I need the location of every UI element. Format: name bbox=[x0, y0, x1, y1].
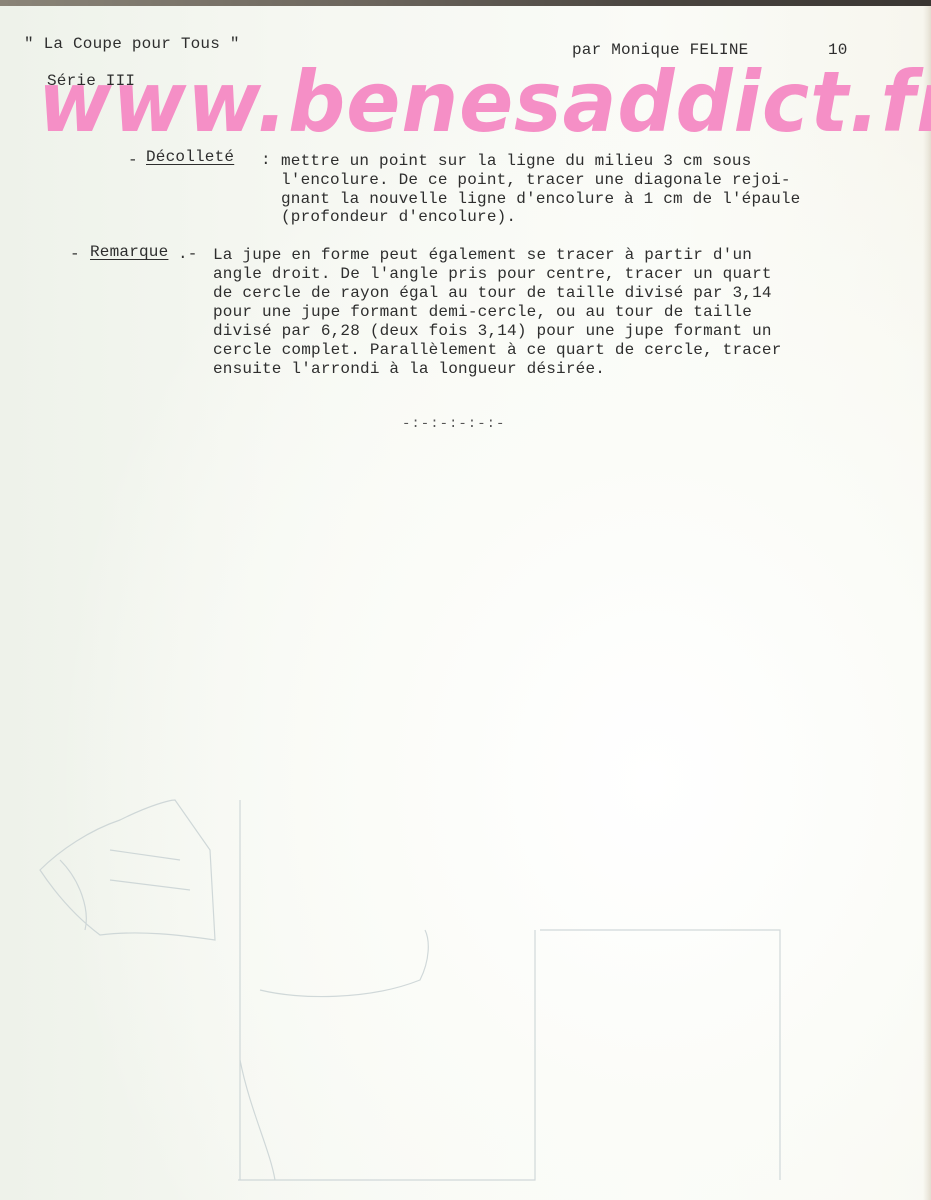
section-dash: - bbox=[128, 151, 138, 170]
section-label: Remarque bbox=[90, 243, 168, 262]
scan-right-edge bbox=[923, 6, 931, 1200]
section-line: l'encolure. De ce point, tracer une diag… bbox=[281, 171, 791, 190]
scan-top-edge bbox=[0, 0, 931, 6]
section-dash: - bbox=[70, 245, 80, 264]
section-label: Décolleté bbox=[146, 148, 234, 167]
section-line: de cercle de rayon égal au tour de taill… bbox=[213, 284, 772, 303]
section-line: (profondeur d'encolure). bbox=[281, 208, 516, 227]
section-line: gnant la nouvelle ligne d'encolure à 1 c… bbox=[281, 190, 800, 209]
section-line: pour une jupe formant demi-cercle, ou au… bbox=[213, 303, 752, 322]
section-line: angle droit. De l'angle pris pour centre… bbox=[213, 265, 772, 284]
end-separator: -:-:-:-:-:- bbox=[402, 415, 505, 434]
section-separator: .- bbox=[178, 245, 198, 264]
section-line: La jupe en forme peut également se trace… bbox=[213, 246, 752, 265]
section-line: ensuite l'arrondi à la longueur désirée. bbox=[213, 360, 605, 379]
section-separator: : bbox=[261, 151, 271, 170]
section-line: mettre un point sur la ligne du milieu 3… bbox=[281, 152, 751, 171]
watermark-url: www.benesaddict.fr bbox=[38, 52, 931, 152]
section-line: cercle complet. Parallèlement à ce quart… bbox=[213, 341, 782, 360]
section-line: divisé par 6,28 (deux fois 3,14) pour un… bbox=[213, 322, 772, 341]
